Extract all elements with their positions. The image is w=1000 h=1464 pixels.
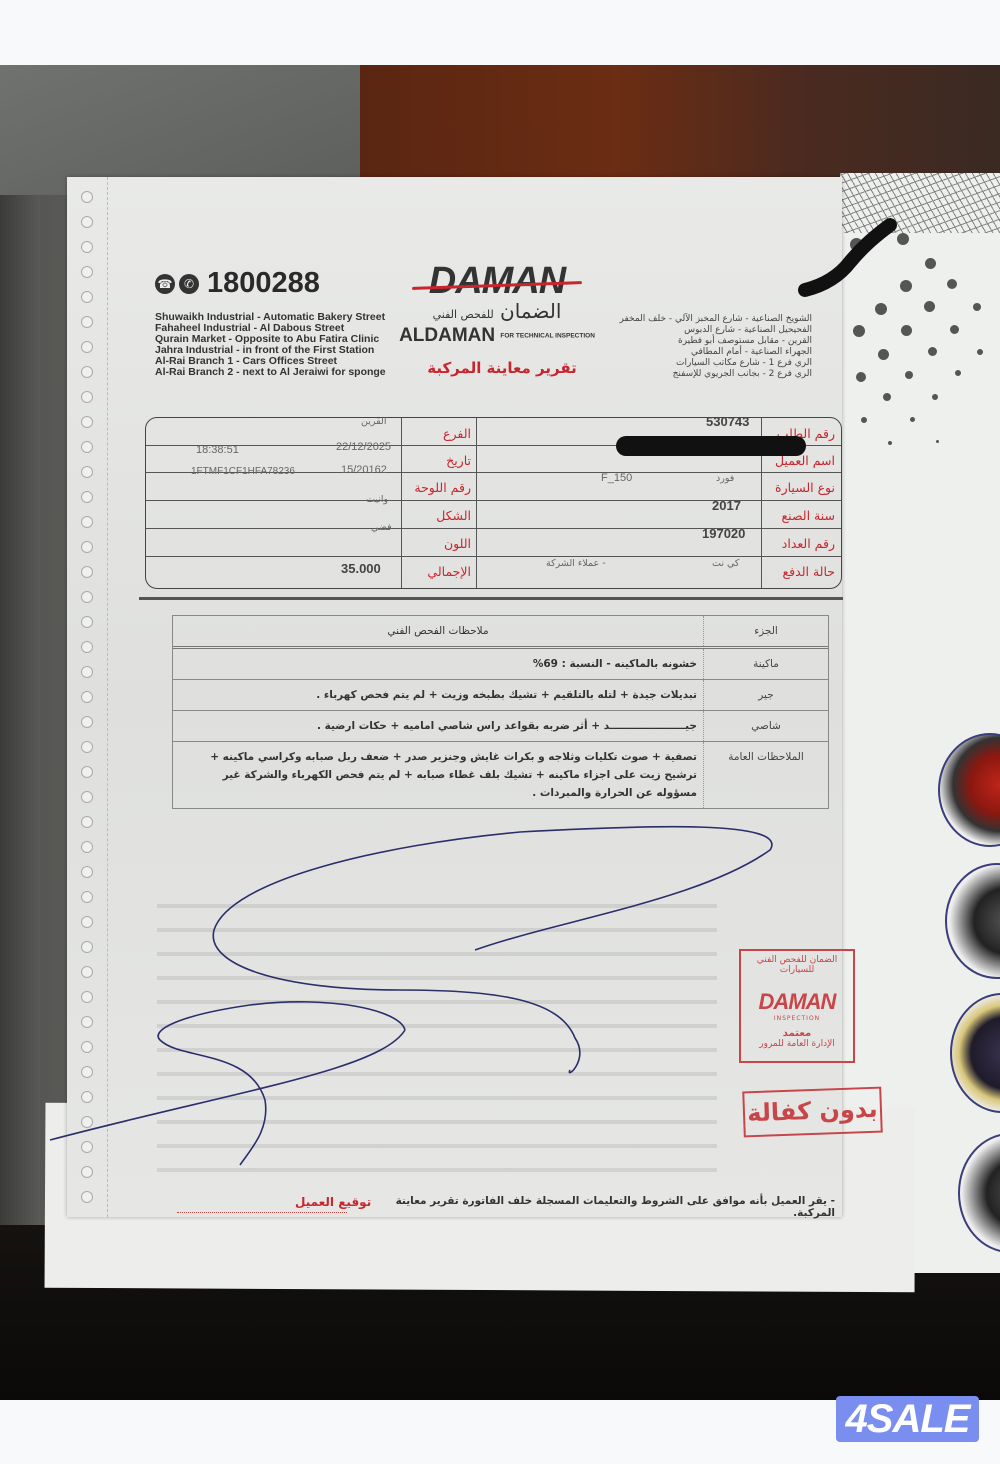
agreement-text: - يقر العميل بأنه موافق على الشروط والتع… bbox=[367, 1195, 835, 1219]
feed-hole bbox=[81, 216, 93, 228]
row-notes: جيـــــــــــــــــــــد + أثر ضربه بقوا… bbox=[173, 711, 703, 741]
phone-number: 1800288 bbox=[207, 267, 320, 300]
feed-hole bbox=[81, 1041, 93, 1053]
label-date: تاريخ bbox=[411, 453, 471, 468]
feed-hole bbox=[81, 1141, 93, 1153]
photo-background: ☎ ✆ 1800288 Shuwaikh Industrial - Automa… bbox=[0, 65, 1000, 1400]
floor-area bbox=[0, 65, 360, 195]
transmission-photo-circle bbox=[945, 863, 1000, 979]
table-row: الملاحظات العامة تصفية + صوت تكليات وثلا… bbox=[173, 742, 828, 808]
no-warranty-stamp: بدون كفالة bbox=[742, 1087, 883, 1138]
feed-hole bbox=[81, 591, 93, 603]
branch-line: الفحيحيل الصناعية - شارع الدبوس bbox=[612, 325, 812, 336]
feed-hole bbox=[81, 491, 93, 503]
feed-hole bbox=[81, 316, 93, 328]
wooden-desk bbox=[360, 65, 1000, 185]
feed-hole bbox=[81, 891, 93, 903]
branch-value: القرين bbox=[361, 416, 386, 427]
label-year: سنة الصنع bbox=[782, 508, 835, 523]
header-notes: ملاحظات الفحص الفني bbox=[173, 616, 703, 646]
color-value: فضي bbox=[371, 522, 392, 533]
table-row: شاصي جيـــــــــــــــــــــد + أثر ضربه… bbox=[173, 711, 828, 742]
whatsapp-icon: ✆ bbox=[179, 274, 199, 294]
feed-hole bbox=[81, 641, 93, 653]
feed-hole bbox=[81, 541, 93, 553]
approval-stamp: الضمان للفحص الفني للسيارات DAMAN INSPEC… bbox=[739, 949, 855, 1063]
inspection-notes-table: الجزء ملاحظات الفحص الفني ماكينة خشونه ب… bbox=[172, 615, 829, 809]
feed-hole bbox=[81, 716, 93, 728]
label-plate-number: رقم اللوحة bbox=[411, 480, 471, 495]
daman-logo: DAMAN الضمان للفحص الفني ALDAMAN FOR TEC… bbox=[397, 262, 597, 347]
car-make: فورد bbox=[716, 473, 734, 484]
feed-hole bbox=[81, 1016, 93, 1028]
logo-english: ALDAMAN FOR TECHNICAL INSPECTION bbox=[397, 325, 597, 347]
feed-hole bbox=[81, 366, 93, 378]
odometer-reading: 197020 bbox=[702, 526, 745, 541]
feed-hole bbox=[81, 1166, 93, 1178]
feed-hole bbox=[81, 191, 93, 203]
feed-hole bbox=[81, 991, 93, 1003]
payment-customer-type: - عملاء الشركة bbox=[546, 558, 606, 569]
plate-number: 15/20162 bbox=[341, 464, 387, 476]
engine-photo-circle bbox=[938, 733, 1000, 847]
inspection-time: 18:38:51 bbox=[196, 444, 239, 456]
feed-hole bbox=[81, 941, 93, 953]
feed-hole bbox=[81, 966, 93, 978]
label-odometer: رقم العداد bbox=[782, 536, 835, 551]
manufacture-year: 2017 bbox=[712, 498, 741, 513]
gauge-photo-circle bbox=[950, 993, 1000, 1113]
brochure-grid-pattern bbox=[840, 173, 1000, 233]
feed-hole bbox=[81, 516, 93, 528]
phone-block: ☎ ✆ 1800288 bbox=[155, 267, 320, 300]
table-header-row: الجزء ملاحظات الفحص الفني bbox=[173, 616, 828, 649]
label-payment-status: حالة الدفع bbox=[783, 564, 836, 579]
feed-hole bbox=[81, 416, 93, 428]
feed-hole bbox=[81, 666, 93, 678]
inspection-date: 22/12/2025 bbox=[336, 441, 391, 453]
label-color: اللون bbox=[411, 536, 471, 551]
feed-hole bbox=[81, 741, 93, 753]
redacted-customer-name bbox=[616, 436, 806, 456]
branch-line: القرين - مقابل مستوصف أبو فطيرة bbox=[612, 336, 812, 347]
row-notes: تصفية + صوت تكليات وثلاجه و بكرات غايش و… bbox=[173, 742, 703, 808]
customer-signature-label: توقيع العميل bbox=[295, 1195, 371, 1209]
branches-arabic: الشويخ الصناعية - شارع المخبز الآلي - خل… bbox=[612, 314, 812, 380]
feed-hole bbox=[81, 566, 93, 578]
branch-line: الجهراء الصناعية - أمام المطافي bbox=[612, 347, 812, 358]
row-part: ماكينة bbox=[703, 649, 828, 679]
tractor-feed-strip bbox=[67, 177, 108, 1217]
phone-icon: ☎ bbox=[155, 274, 175, 294]
branch-line: الري فرع 1 - شارع مكاتب السيارات bbox=[612, 358, 812, 369]
signature-line bbox=[177, 1212, 347, 1213]
feed-hole bbox=[81, 1066, 93, 1078]
feed-hole bbox=[81, 241, 93, 253]
feed-hole bbox=[81, 916, 93, 928]
car-model: F_150 bbox=[601, 472, 632, 484]
4sale-watermark: 4SALE bbox=[836, 1396, 979, 1442]
branch-line: الري فرع 2 - بجانب الجريوي للإسفنج bbox=[612, 369, 812, 380]
label-total: الإجمالي bbox=[411, 564, 471, 579]
feed-hole bbox=[81, 1116, 93, 1128]
vin-number: 1FTMF1CF1HFA78236 bbox=[191, 466, 295, 477]
label-branch: الفرع bbox=[411, 426, 471, 441]
feed-hole bbox=[81, 441, 93, 453]
feed-hole bbox=[81, 266, 93, 278]
total-amount: 35.000 bbox=[341, 561, 381, 576]
feed-hole bbox=[81, 766, 93, 778]
header-part: الجزء bbox=[703, 616, 828, 646]
feed-hole bbox=[81, 1091, 93, 1103]
body-type: وانيت bbox=[366, 494, 388, 505]
branch-line: Al-Rai Branch 2 - next to Al Jeraiwi for… bbox=[155, 367, 386, 378]
branch-line: الشويخ الصناعية - شارع المخبز الآلي - خل… bbox=[612, 314, 812, 325]
feed-hole bbox=[81, 466, 93, 478]
parts-photo-circle bbox=[958, 1133, 1000, 1253]
table-row: جير تبديلات جيدة + لتله بالتلقيم + تشيك … bbox=[173, 680, 828, 711]
feed-hole bbox=[81, 616, 93, 628]
row-part: شاصي bbox=[703, 711, 828, 741]
logo-arabic: الضمان للفحص الفني bbox=[397, 301, 597, 325]
label-car-type: نوع السيارة bbox=[775, 480, 835, 495]
label-body-type: الشكل bbox=[411, 508, 471, 523]
vehicle-info-box: رقم الطلب اسم العميل نوع السيارة سنة الص… bbox=[145, 417, 842, 589]
floor-edge bbox=[0, 195, 40, 1295]
row-notes: تبديلات جيدة + لتله بالتلقيم + تشيك بطبخ… bbox=[173, 680, 703, 710]
faint-backside-terms bbox=[157, 892, 717, 1182]
feed-hole bbox=[81, 866, 93, 878]
divider-line bbox=[139, 597, 843, 600]
feed-hole bbox=[81, 816, 93, 828]
branches-english: Shuwaikh Industrial - Automatic Bakery S… bbox=[155, 312, 386, 378]
feed-hole bbox=[81, 1191, 93, 1203]
payment-method: كي نت bbox=[712, 558, 739, 569]
row-notes: خشونه بالماكينه - النسبة : 69% bbox=[173, 649, 703, 679]
table-row: ماكينة خشونه بالماكينه - النسبة : 69% bbox=[173, 649, 828, 680]
feed-hole bbox=[81, 291, 93, 303]
request-number: 530743 bbox=[706, 414, 749, 429]
feed-hole bbox=[81, 341, 93, 353]
feed-hole bbox=[81, 391, 93, 403]
inspection-report-sheet: ☎ ✆ 1800288 Shuwaikh Industrial - Automa… bbox=[67, 177, 842, 1217]
feed-hole bbox=[81, 841, 93, 853]
row-part: الملاحظات العامة bbox=[703, 742, 828, 808]
report-title: تقرير معاينة المركبة bbox=[417, 359, 587, 377]
row-part: جير bbox=[703, 680, 828, 710]
feed-hole bbox=[81, 691, 93, 703]
feed-hole bbox=[81, 791, 93, 803]
